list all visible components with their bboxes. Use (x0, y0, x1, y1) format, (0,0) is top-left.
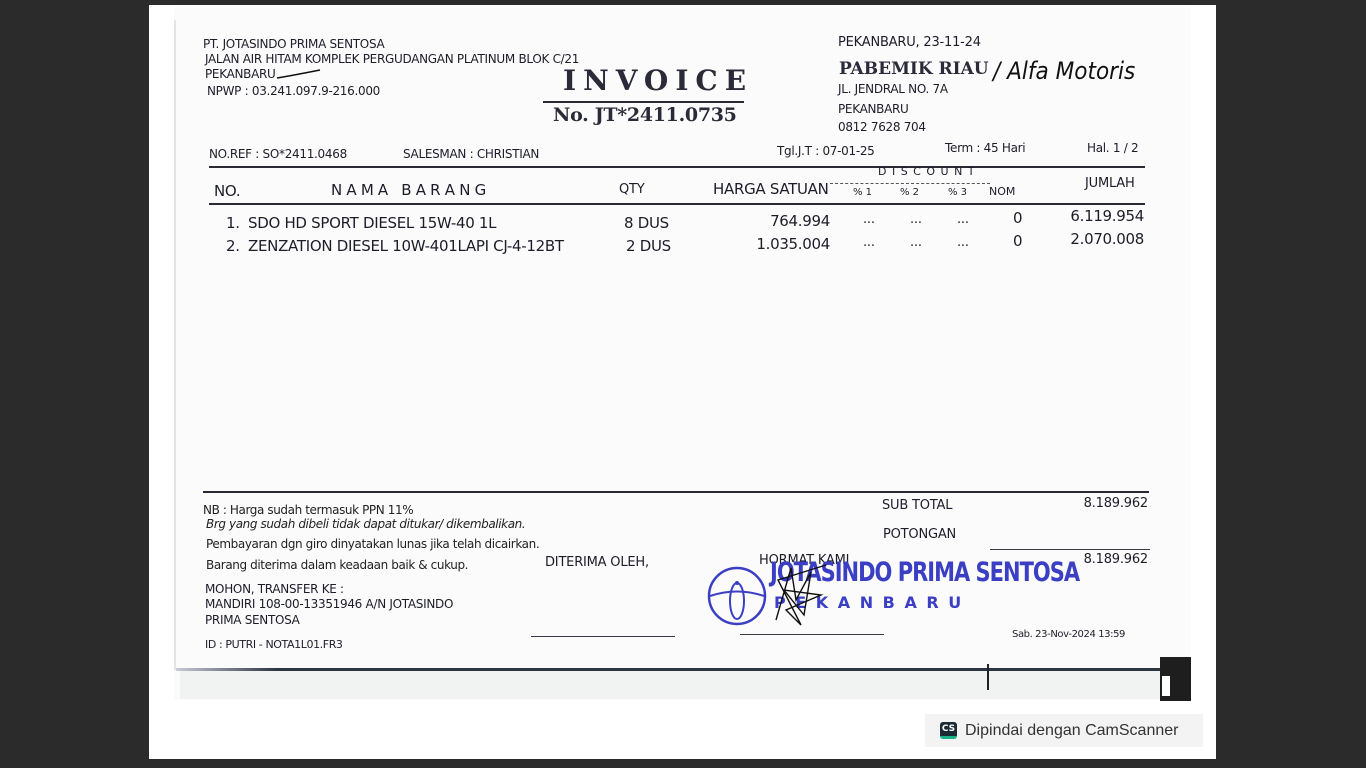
signature-scribble-icon (766, 560, 846, 630)
row-qty: 8 DUS (624, 214, 669, 232)
customer-name: PABEMIK RIAU (839, 59, 989, 79)
row-nom: 0 (1013, 232, 1022, 250)
paper-mark (987, 664, 989, 690)
due-date: Tgl.J.T : 07-01-25 (777, 144, 875, 158)
subtotal-value: 8.189.962 (1040, 496, 1148, 511)
note-received: Barang diterima dalam keadaan baik & cuk… (206, 558, 468, 572)
col-header-unit-price: HARGA SATUAN (713, 180, 829, 198)
company-name: PT. JOTASINDO PRIMA SENTOSA (203, 37, 384, 51)
col-header-disc1: % 1 (853, 187, 872, 198)
row-total: 6.119.954 (1040, 207, 1144, 225)
camscanner-logo-icon: CS (940, 722, 957, 739)
regards-signature-line (740, 634, 884, 635)
paper-tear-shadow (180, 671, 1188, 699)
note-no-return: Brg yang sudah dibeli tidak dapat dituka… (206, 517, 525, 531)
note-giro: Pembayaran dgn giro dinyatakan lunas jik… (206, 537, 539, 551)
invoice-number: No. JT*2411.0735 (553, 104, 737, 126)
grand-total-value: 8.189.962 (1040, 552, 1148, 567)
col-header-disc2: % 2 (900, 187, 919, 198)
note-tax: NB : Harga sudah termasuk PPN 11% (203, 503, 413, 517)
invoice-title: INVOICE (563, 64, 753, 97)
place-date: PEKANBARU, 23-11-24 (838, 35, 981, 50)
row-disc3: ... (957, 212, 969, 227)
col-header-discount: D I S C O U N T (878, 165, 976, 178)
customer-address: JL. JENDRAL NO. 7A (838, 82, 948, 96)
company-address: JALAN AIR HITAM KOMPLEK PERGUDANGAN PLAT… (205, 52, 579, 66)
col-header-item-name: N A M A B A R A N G (331, 181, 486, 199)
transfer-account-name: PRIMA SENTOSA (205, 613, 300, 627)
row-item-name: SDO HD SPORT DIESEL 15W-40 1L (248, 214, 496, 232)
row-disc2: ... (910, 235, 922, 250)
row-nom: 0 (1013, 209, 1022, 227)
salesman: SALESMAN : CHRISTIAN (403, 147, 539, 161)
col-header-total: JUMLAH (1085, 176, 1135, 191)
paper-tear-edge (176, 668, 1188, 671)
print-timestamp: Sab. 23-Nov-2024 13:59 (1012, 629, 1125, 640)
scan-corner-highlight (1162, 676, 1170, 696)
title-underline (543, 101, 744, 103)
row-no: 2. (226, 237, 240, 255)
row-no: 1. (226, 214, 240, 232)
discount-divider (830, 183, 990, 184)
reference-number: NO.REF : SO*2411.0468 (209, 147, 347, 161)
col-header-no: NO. (214, 182, 240, 200)
company-stamp-logo-icon (706, 565, 768, 627)
discount-label: POTONGAN (883, 527, 956, 542)
received-by-label: DITERIMA OLEH, (545, 555, 649, 570)
col-header-qty: QTY (619, 182, 645, 197)
transfer-label: MOHON, TRANSFER KE : (205, 582, 344, 596)
header-bottom-rule (209, 203, 1145, 205)
row-unit-price: 764.994 (730, 212, 830, 230)
company-city: PEKANBARU (205, 67, 276, 81)
row-disc3: ... (957, 235, 969, 250)
camscanner-label: Dipindai dengan CamScanner (965, 722, 1178, 740)
row-disc1: ... (863, 212, 875, 227)
row-disc2: ... (910, 212, 922, 227)
row-item-name: ZENZATION DIESEL 10W-401LAPI CJ-4-12BT (248, 237, 564, 255)
row-unit-price: 1.035.004 (730, 235, 830, 253)
received-signature-line (531, 636, 675, 637)
row-total: 2.070.008 (1040, 230, 1144, 248)
header-top-rule (209, 166, 1145, 168)
pen-stroke-icon (275, 67, 325, 81)
col-header-nom: NOM (989, 185, 1015, 198)
transfer-account: MANDIRI 108-00-13351946 A/N JOTASINDO (205, 597, 453, 611)
payment-term: Term : 45 Hari (945, 141, 1025, 155)
handwritten-note: / Alfa Motoris (993, 57, 1135, 85)
customer-phone: 0812 7628 704 (838, 120, 926, 134)
row-disc1: ... (863, 235, 875, 250)
paper-edge (174, 20, 176, 670)
total-rule (990, 549, 1150, 550)
footer-top-rule (203, 491, 1149, 493)
row-qty: 2 DUS (626, 237, 671, 255)
document-id: ID : PUTRI - NOTA1L01.FR3 (205, 638, 343, 651)
camscanner-badge: CS Dipindai dengan CamScanner (925, 714, 1203, 747)
company-npwp: NPWP : 03.241.097.9-216.000 (207, 84, 380, 98)
page-indicator: Hal. 1 / 2 (1087, 141, 1138, 155)
subtotal-label: SUB TOTAL (882, 498, 952, 513)
customer-city: PEKANBARU (838, 102, 909, 116)
col-header-disc3: % 3 (948, 187, 967, 198)
